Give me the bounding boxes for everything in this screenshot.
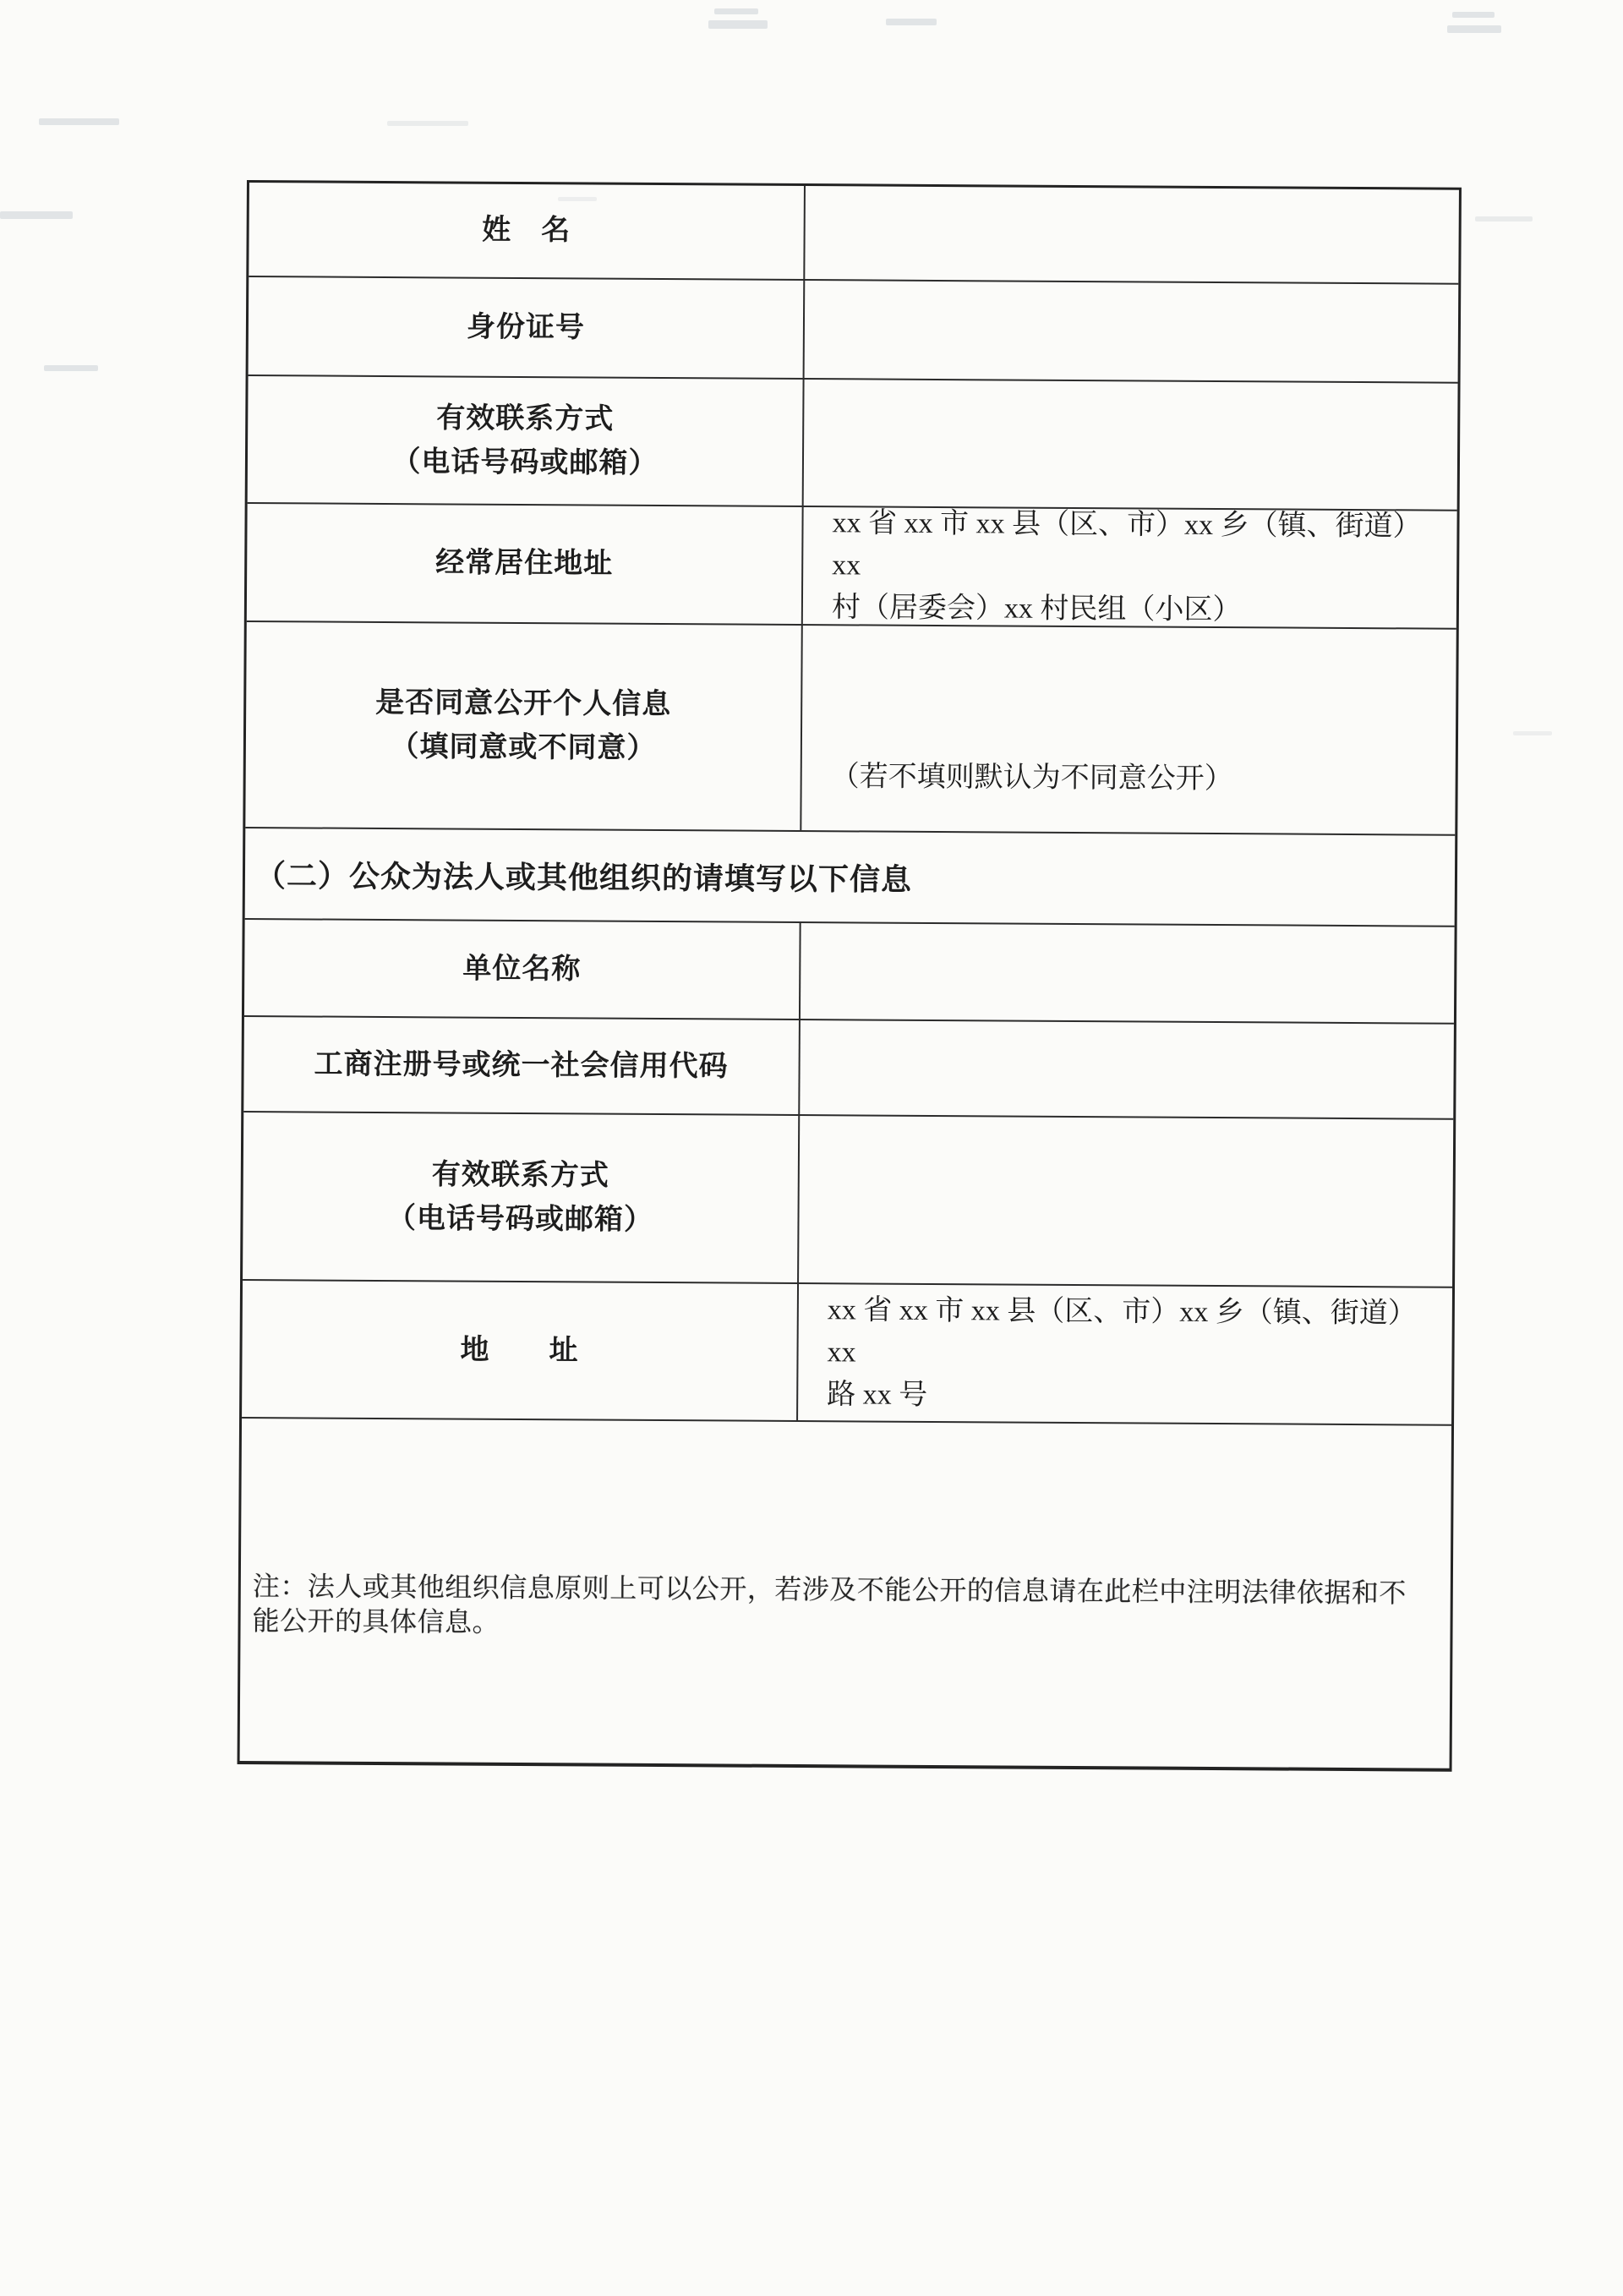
contact-org-label: 有效联系方式 （电话号码或邮箱） [243,1112,800,1282]
row-note: 注：法人或其他组织信息原则上可以公开，若涉及不能公开的信息请在此栏中注明法律依据… [240,1419,1451,1768]
residence-address-label: 经常居住地址 [247,504,804,624]
contact-org-value-cell [799,1116,1453,1287]
consent-disclosure-label: 是否同意公开个人信息 （填同意或不同意） [245,622,802,830]
contact-personal-label: 有效联系方式 （电话号码或邮箱） [248,376,805,506]
scan-artifact [0,211,73,219]
row-contact-org: 有效联系方式 （电话号码或邮箱） [243,1112,1453,1288]
scan-artifact [1452,12,1495,18]
org-credit-code-label: 工商注册号或统一社会信用代码 [243,1017,801,1114]
row-id-number: 身份证号 [249,277,1459,384]
org-credit-code-value-cell [800,1020,1454,1118]
contact-personal-value-cell [804,380,1458,510]
scanned-form-page: 姓 名 身份证号 有效联系方式 （电话号码或邮箱） 经常居住地址 xx 省 xx… [0,0,1623,2296]
scan-artifact [44,365,98,371]
scan-artifact [387,121,468,126]
scan-artifact [1513,731,1552,735]
row-consent-disclosure: 是否同意公开个人信息 （填同意或不同意） （若不填则默认为不同意公开） [245,622,1456,836]
scan-artifact [39,118,119,125]
scan-artifact [1475,216,1533,221]
row-org-name: 单位名称 [244,920,1455,1025]
row-contact-personal: 有效联系方式 （电话号码或邮箱） [248,376,1458,511]
row-name: 姓 名 [249,183,1459,285]
section2-header: （二）公众为法人或其他组织的请填写以下信息 [245,828,1456,927]
public-info-form-table: 姓 名 身份证号 有效联系方式 （电话号码或邮箱） 经常居住地址 xx 省 xx… [238,180,1462,1772]
consent-disclosure-note: （若不填则默认为不同意公开） [801,626,1456,834]
id-number-value-cell [805,281,1459,382]
row-residence-address: 经常居住地址 xx 省 xx 市 xx 县（区、市）xx 乡（镇、街道）xx 村… [247,504,1457,630]
scan-artifact [708,20,768,29]
scan-artifact [714,8,758,14]
org-address-label: 地 址 [242,1281,799,1420]
scan-artifact [886,19,937,25]
org-address-value: xx 省 xx 市 xx 县（区、市）xx 乡（镇、街道）xx 路 xx 号 [798,1284,1452,1424]
name-label: 姓 名 [249,183,806,279]
scan-artifact [1447,25,1501,33]
name-value-cell [805,186,1459,283]
org-name-value-cell [801,923,1455,1023]
residence-address-value: xx 省 xx 市 xx 县（区、市）xx 乡（镇、街道）xx 村（居委会）xx… [803,507,1457,628]
id-number-label: 身份证号 [249,277,806,378]
row-org-credit-code: 工商注册号或统一社会信用代码 [243,1017,1454,1120]
note-text: 注：法人或其他组织信息原则上可以公开，若涉及不能公开的信息请在此栏中注明法律依据… [240,1419,1451,1768]
row-org-address: 地 址 xx 省 xx 市 xx 县（区、市）xx 乡（镇、街道）xx 路 xx… [242,1281,1452,1426]
org-name-label: 单位名称 [244,920,801,1019]
